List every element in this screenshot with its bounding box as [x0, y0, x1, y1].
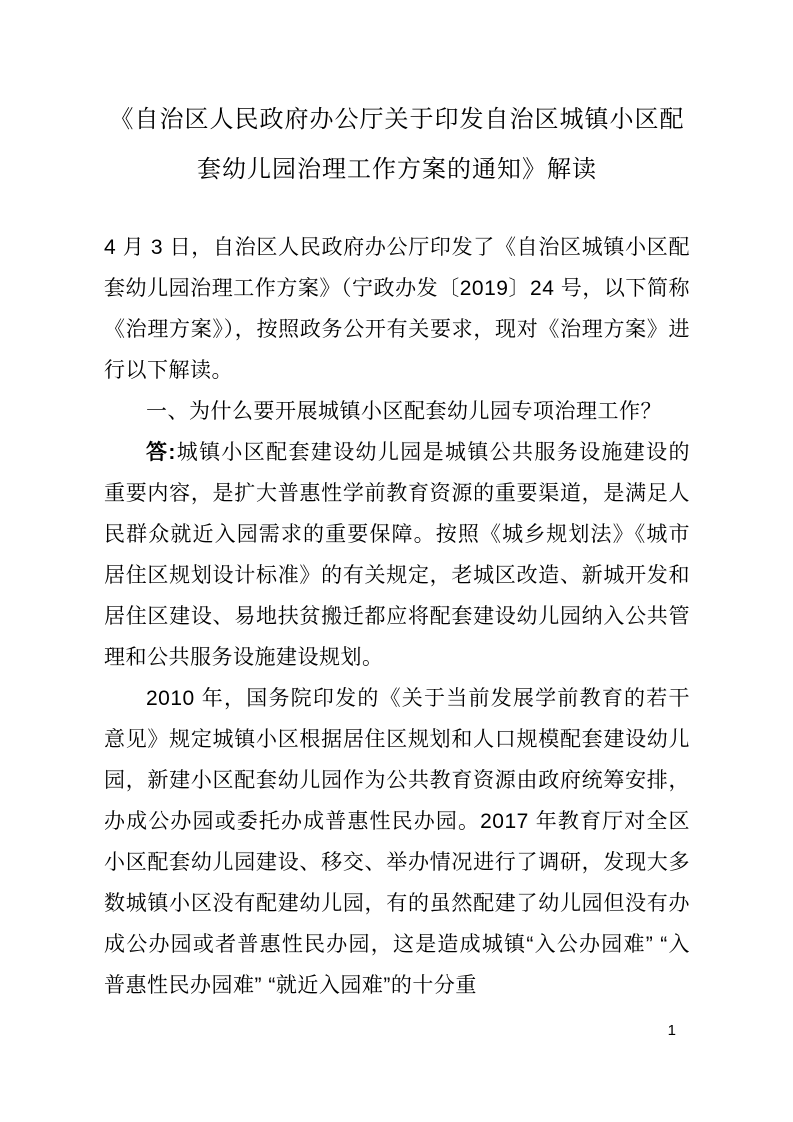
document-content: 《自治区人民政府办公厅关于印发自治区城镇小区配 套幼儿园治理工作方案的通知》解读… — [104, 95, 690, 1006]
paragraph-answer: 答:城镇小区配套建设幼儿园是城镇公共服务设施建设的重要内容，是扩大普惠性学前教育… — [104, 432, 690, 678]
title-line-2: 套幼儿园治理工作方案的通知》解读 — [104, 145, 690, 195]
page-number: 1 — [104, 1020, 690, 1042]
answer-text: 城镇小区配套建设幼儿园是城镇公共服务设施建设的重要内容，是扩大普惠性学前教育资源… — [104, 441, 690, 669]
paragraph-intro: 4 月 3 日，自治区人民政府办公厅印发了《自治区城镇小区配套幼儿园治理工作方案… — [104, 227, 690, 391]
section-heading-question-1: 一、为什么要开展城镇小区配套幼儿园专项治理工作？ — [104, 391, 690, 432]
document-title: 《自治区人民政府办公厅关于印发自治区城镇小区配 套幼儿园治理工作方案的通知》解读 — [104, 95, 690, 195]
title-line-1: 《自治区人民政府办公厅关于印发自治区城镇小区配 — [104, 95, 690, 145]
document-page: 《自治区人民政府办公厅关于印发自治区城镇小区配 套幼儿园治理工作方案的通知》解读… — [0, 0, 793, 1122]
paragraph-background-2010: 2010 年，国务院印发的《关于当前发展学前教育的若干意见》规定城镇小区根据居住… — [104, 678, 690, 1006]
answer-label: 答: — [146, 441, 176, 464]
